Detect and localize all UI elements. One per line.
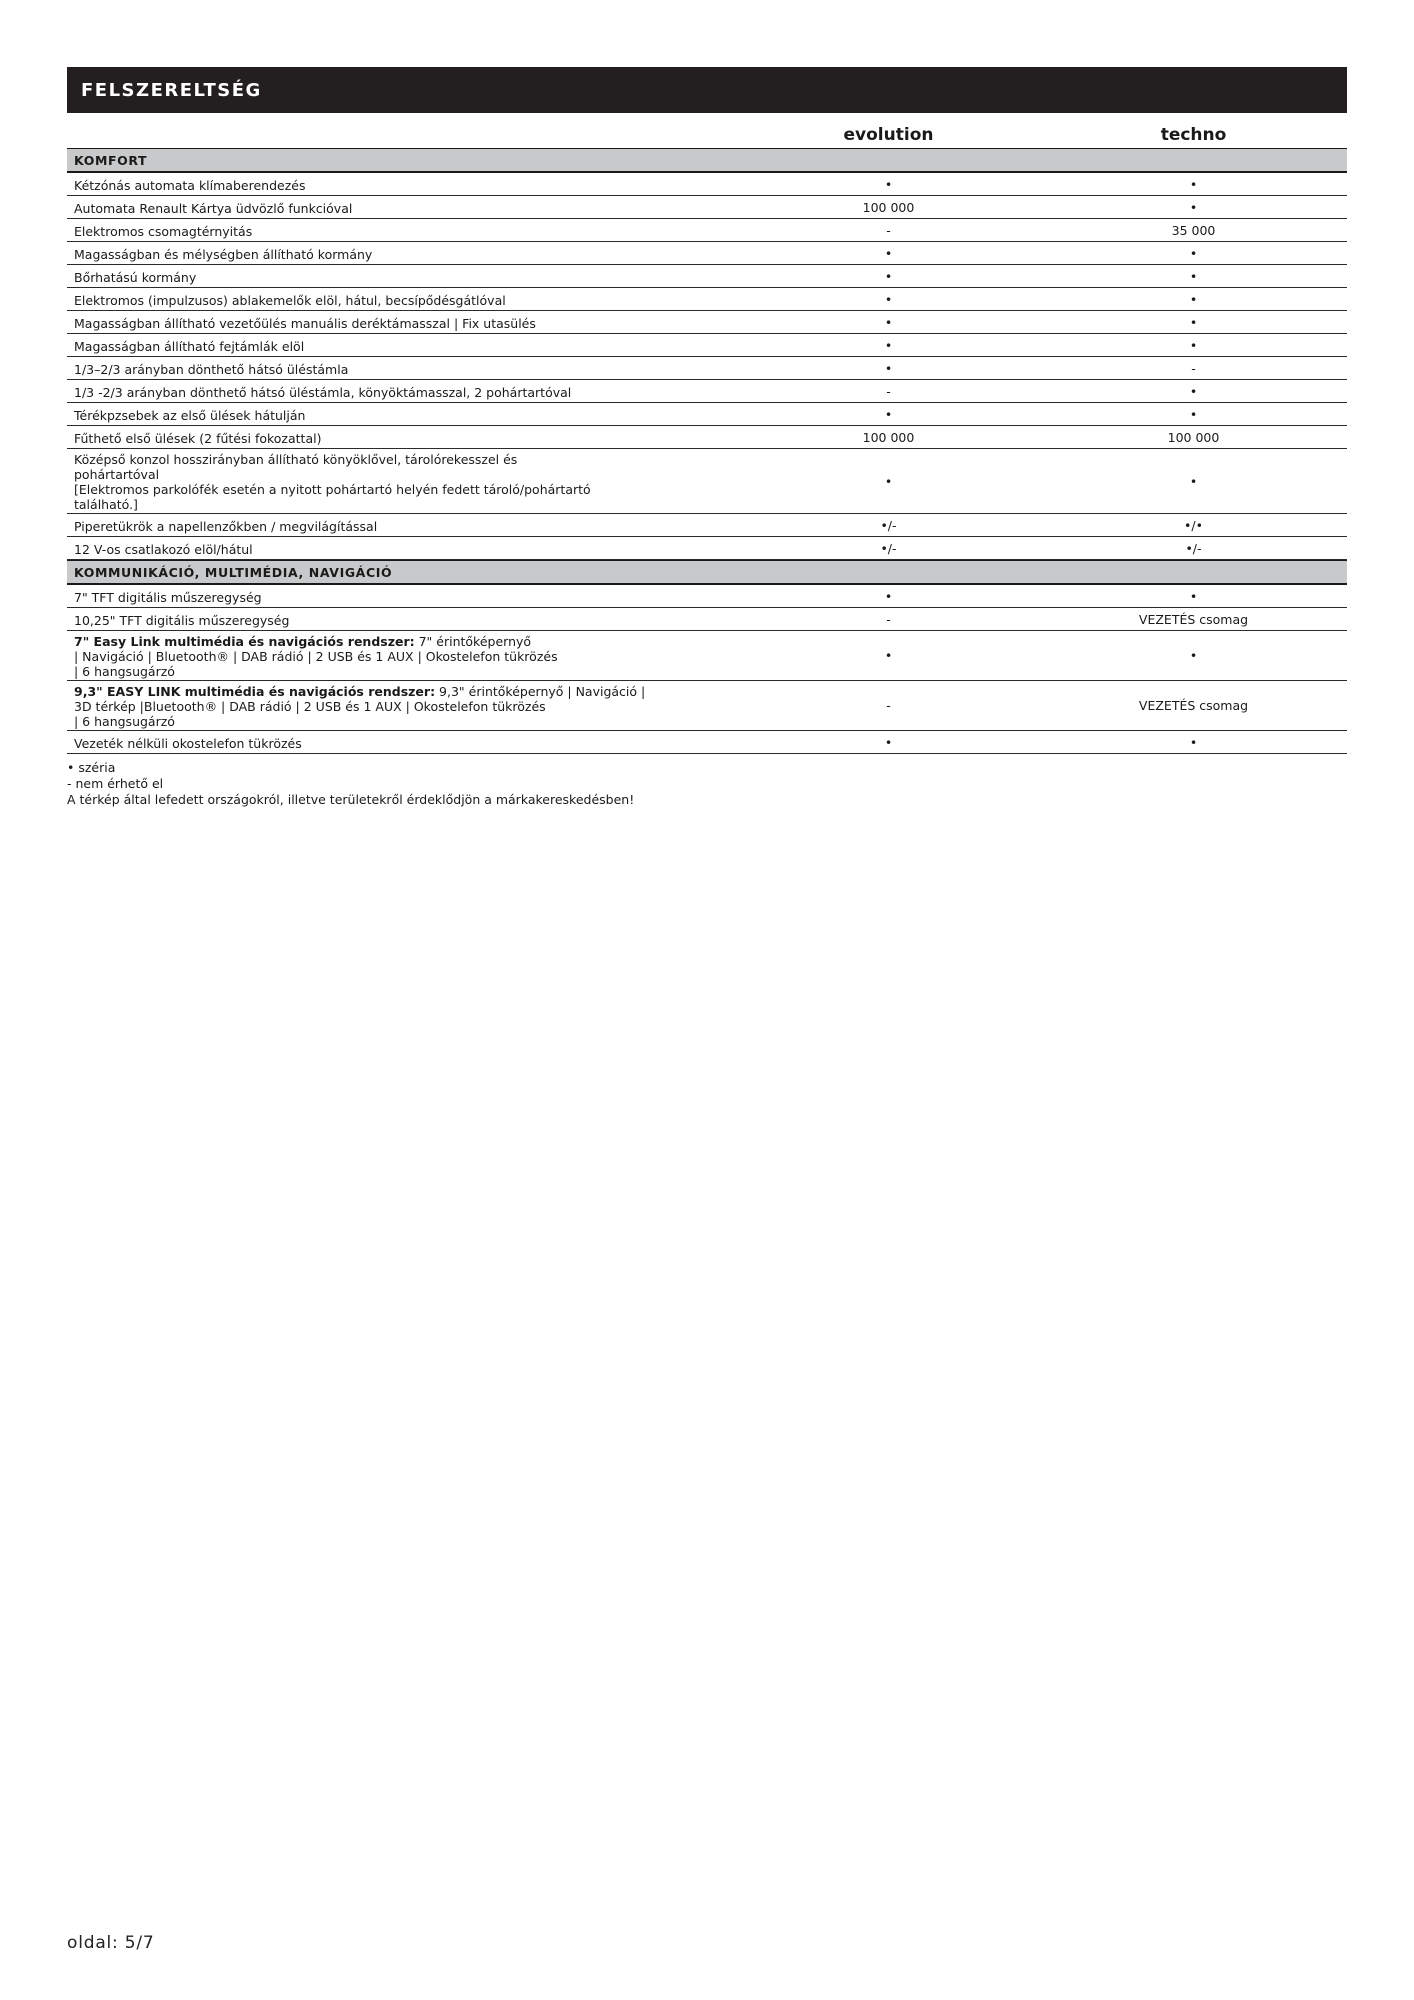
value-evolution: • [737, 292, 1040, 307]
feature-label: 1/3–2/3 arányban dönthető hátsó üléstáml… [67, 359, 737, 378]
feature-label: Automata Renault Kártya üdvözlő funkcióv… [67, 198, 737, 217]
feature-label-line: található.] [74, 497, 737, 512]
column-header-techno: techno [1040, 125, 1347, 148]
value-evolution: • [737, 246, 1040, 261]
table-row: Vezeték nélküli okostelefon tükrözés•• [67, 731, 1347, 754]
value-techno: • [1040, 315, 1347, 330]
footnotes: • széria- nem érhető elA térkép által le… [67, 760, 1347, 808]
table-row: Fűthető első ülések (2 fűtési fokozattal… [67, 426, 1347, 449]
title-bar: FELSZERELTSÉG [67, 67, 1347, 113]
table-row: Középső konzol hosszirányban állítható k… [67, 449, 1347, 514]
feature-label-line: 7" Easy Link multimédia és navigációs re… [74, 634, 737, 649]
value-evolution: - [737, 223, 1040, 238]
table-row: Elektromos (impulzusos) ablakemelők elöl… [67, 288, 1347, 311]
table-row: 10,25" TFT digitális műszeregység-VEZETÉ… [67, 608, 1347, 631]
page-title: FELSZERELTSÉG [81, 80, 262, 101]
feature-label-bold: 9,3" EASY LINK multimédia és navigációs … [74, 684, 435, 699]
feature-label: Magasságban állítható fejtámlák elöl [67, 336, 737, 355]
value-evolution: 100 000 [737, 200, 1040, 215]
feature-label-line: | Navigáció | Bluetooth® | DAB rádió | 2… [74, 649, 737, 664]
feature-label: Kétzónás automata klímaberendezés [67, 175, 737, 194]
feature-label-line: 3D térkép |Bluetooth® | DAB rádió | 2 US… [74, 699, 737, 714]
value-techno: •/- [1040, 541, 1347, 556]
table-row: Magasságban és mélységben állítható korm… [67, 242, 1347, 265]
table-row: Térékpzsebek az első ülések hátulján•• [67, 403, 1347, 426]
table-row: Magasságban állítható vezetőülés manuáli… [67, 311, 1347, 334]
value-techno: 35 000 [1040, 223, 1347, 238]
column-headers: evolution techno [67, 113, 1347, 148]
feature-label-bold: 7" Easy Link multimédia és navigációs re… [74, 634, 415, 649]
table-row: Piperetükrök a napellenzőkben / megvilág… [67, 514, 1347, 537]
column-header-evolution: evolution [737, 125, 1040, 148]
feature-label-text: 9,3" érintőképernyő | Navigáció | [435, 684, 645, 699]
page-number: oldal: 5/7 [67, 1933, 155, 1953]
value-evolution: • [737, 338, 1040, 353]
table-row: Kétzónás automata klímaberendezés•• [67, 173, 1347, 196]
value-evolution: 100 000 [737, 430, 1040, 445]
feature-label-line: Középső konzol hosszirányban állítható k… [74, 452, 737, 467]
value-evolution: - [737, 612, 1040, 627]
value-evolution: - [737, 384, 1040, 399]
value-evolution: •/- [737, 541, 1040, 556]
table-row: 12 V-os csatlakozó elöl/hátul•/-•/- [67, 537, 1347, 560]
table-row: 7" TFT digitális műszeregység•• [67, 585, 1347, 608]
value-evolution: • [737, 315, 1040, 330]
value-techno: • [1040, 292, 1347, 307]
value-techno: VEZETÉS csomag [1040, 612, 1347, 627]
feature-label: Elektromos csomagtérnyitás [67, 221, 737, 240]
table-row: Bőrhatású kormány•• [67, 265, 1347, 288]
value-techno: • [1040, 589, 1347, 604]
table-row: Elektromos csomagtérnyitás-35 000 [67, 219, 1347, 242]
value-techno: • [1040, 269, 1347, 284]
table-row: Magasságban állítható fejtámlák elöl•• [67, 334, 1347, 357]
feature-label: Bőrhatású kormány [67, 267, 737, 286]
footnote: - nem érhető el [67, 776, 1347, 792]
feature-label-line: 9,3" EASY LINK multimédia és navigációs … [74, 684, 737, 699]
feature-label: 1/3 -2/3 arányban dönthető hátsó üléstám… [67, 382, 737, 401]
value-techno: VEZETÉS csomag [1040, 698, 1347, 713]
value-evolution: • [737, 361, 1040, 376]
value-techno: • [1040, 246, 1347, 261]
table-row: 1/3 -2/3 arányban dönthető hátsó üléstám… [67, 380, 1347, 403]
feature-label-line: [Elektromos parkolófék esetén a nyitott … [74, 482, 737, 497]
table-row: 9,3" EASY LINK multimédia és navigációs … [67, 681, 1347, 731]
feature-label: 12 V-os csatlakozó elöl/hátul [67, 539, 737, 558]
value-techno: - [1040, 361, 1347, 376]
feature-label-line: | 6 hangsugárzó [74, 714, 737, 729]
equipment-table: KOMFORTKétzónás automata klímaberendezés… [67, 148, 1347, 754]
feature-label: Vezeték nélküli okostelefon tükrözés [67, 733, 737, 752]
section-title: KOMMUNIKÁCIÓ, MULTIMÉDIA, NAVIGÁCIÓ [74, 565, 392, 580]
feature-label: Elektromos (impulzusos) ablakemelők elöl… [67, 290, 737, 309]
equipment-page: FELSZERELTSÉG evolution techno KOMFORTKé… [67, 67, 1347, 808]
feature-label-line: | 6 hangsugárzó [74, 664, 737, 679]
feature-label: 7" Easy Link multimédia és navigációs re… [67, 631, 737, 680]
feature-label: Fűthető első ülések (2 fűtési fokozattal… [67, 428, 737, 447]
feature-label: 9,3" EASY LINK multimédia és navigációs … [67, 681, 737, 730]
feature-label: 10,25" TFT digitális műszeregység [67, 610, 737, 629]
value-evolution: • [737, 177, 1040, 192]
value-evolution: • [737, 269, 1040, 284]
value-techno: • [1040, 177, 1347, 192]
table-row: 7" Easy Link multimédia és navigációs re… [67, 631, 1347, 681]
value-evolution: • [737, 735, 1040, 750]
footnote: • széria [67, 760, 1347, 776]
feature-label: 7" TFT digitális műszeregység [67, 587, 737, 606]
value-techno: • [1040, 407, 1347, 422]
feature-label: Középső konzol hosszirányban állítható k… [67, 449, 737, 513]
value-evolution: • [737, 474, 1040, 489]
footnote: A térkép által lefedett országokról, ill… [67, 792, 1347, 808]
value-techno: • [1040, 384, 1347, 399]
table-row: Automata Renault Kártya üdvözlő funkcióv… [67, 196, 1347, 219]
section-title: KOMFORT [74, 153, 147, 168]
value-techno: • [1040, 648, 1347, 663]
value-techno: •/• [1040, 518, 1347, 533]
value-techno: • [1040, 338, 1347, 353]
feature-label-line: pohártartóval [74, 467, 737, 482]
feature-label-text: 7" érintőképernyő [415, 634, 531, 649]
value-techno: • [1040, 735, 1347, 750]
value-evolution: • [737, 648, 1040, 663]
feature-label: Térékpzsebek az első ülések hátulján [67, 405, 737, 424]
value-techno: • [1040, 200, 1347, 215]
value-evolution: • [737, 589, 1040, 604]
value-techno: • [1040, 474, 1347, 489]
section-header: KOMMUNIKÁCIÓ, MULTIMÉDIA, NAVIGÁCIÓ [67, 560, 1347, 585]
value-evolution: •/- [737, 518, 1040, 533]
value-evolution: - [737, 698, 1040, 713]
value-techno: 100 000 [1040, 430, 1347, 445]
section-header: KOMFORT [67, 148, 1347, 173]
value-evolution: • [737, 407, 1040, 422]
feature-label: Magasságban állítható vezetőülés manuáli… [67, 313, 737, 332]
feature-label: Magasságban és mélységben állítható korm… [67, 244, 737, 263]
table-row: 1/3–2/3 arányban dönthető hátsó üléstáml… [67, 357, 1347, 380]
feature-label: Piperetükrök a napellenzőkben / megvilág… [67, 516, 737, 535]
